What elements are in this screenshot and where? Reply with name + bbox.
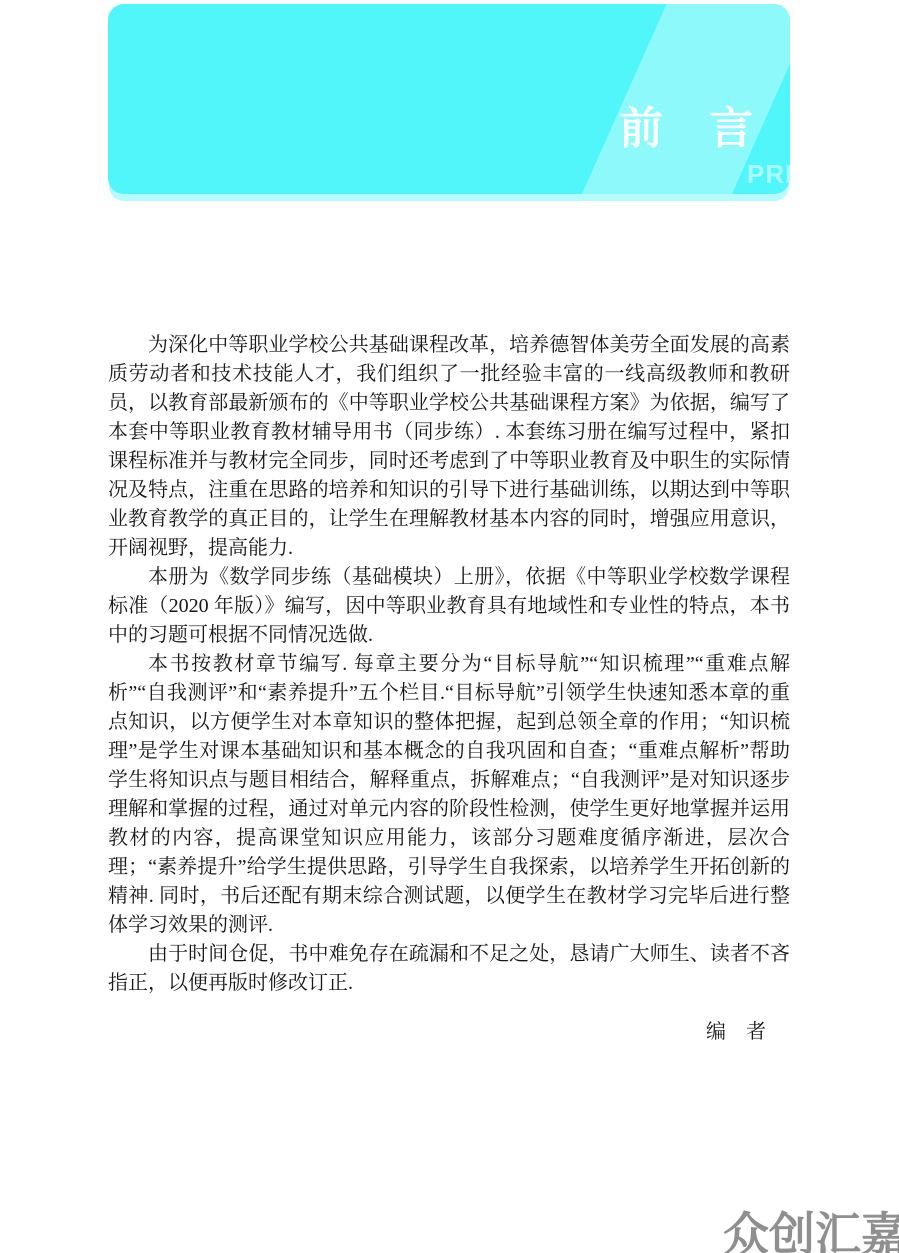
editor-signature: 编 者	[108, 1018, 790, 1047]
preface-paragraph-2: 本册为《数学同步练（基础模块）上册》，依据《中等职业学校数学课程标准（2020 …	[108, 563, 790, 650]
publisher-watermark: 众创汇嘉	[723, 1211, 899, 1253]
preface-paragraph-3: 本书按教材章节编写. 每章主要分为“目标导航”“知识梳理”“重难点解析”“自我测…	[108, 650, 790, 940]
preface-banner: 前 言 PREFACE	[108, 4, 790, 194]
preface-paragraph-4: 由于时间仓促，书中难免存在疏漏和不足之处，恳请广大师生、读者不吝指正，以便再版时…	[108, 940, 790, 998]
page-subtitle-english: PREFACE	[747, 161, 790, 187]
preface-paragraph-1: 为深化中等职业学校公共基础课程改革，培养德智体美劳全面发展的高素质劳动者和技术技…	[108, 331, 790, 563]
page-title: 前 言	[619, 107, 754, 151]
preface-body: 为深化中等职业学校公共基础课程改革，培养德智体美劳全面发展的高素质劳动者和技术技…	[108, 331, 790, 1047]
preface-page: 前 言 PREFACE 为深化中等职业学校公共基础课程改革，培养德智体美劳全面发…	[0, 0, 899, 1253]
